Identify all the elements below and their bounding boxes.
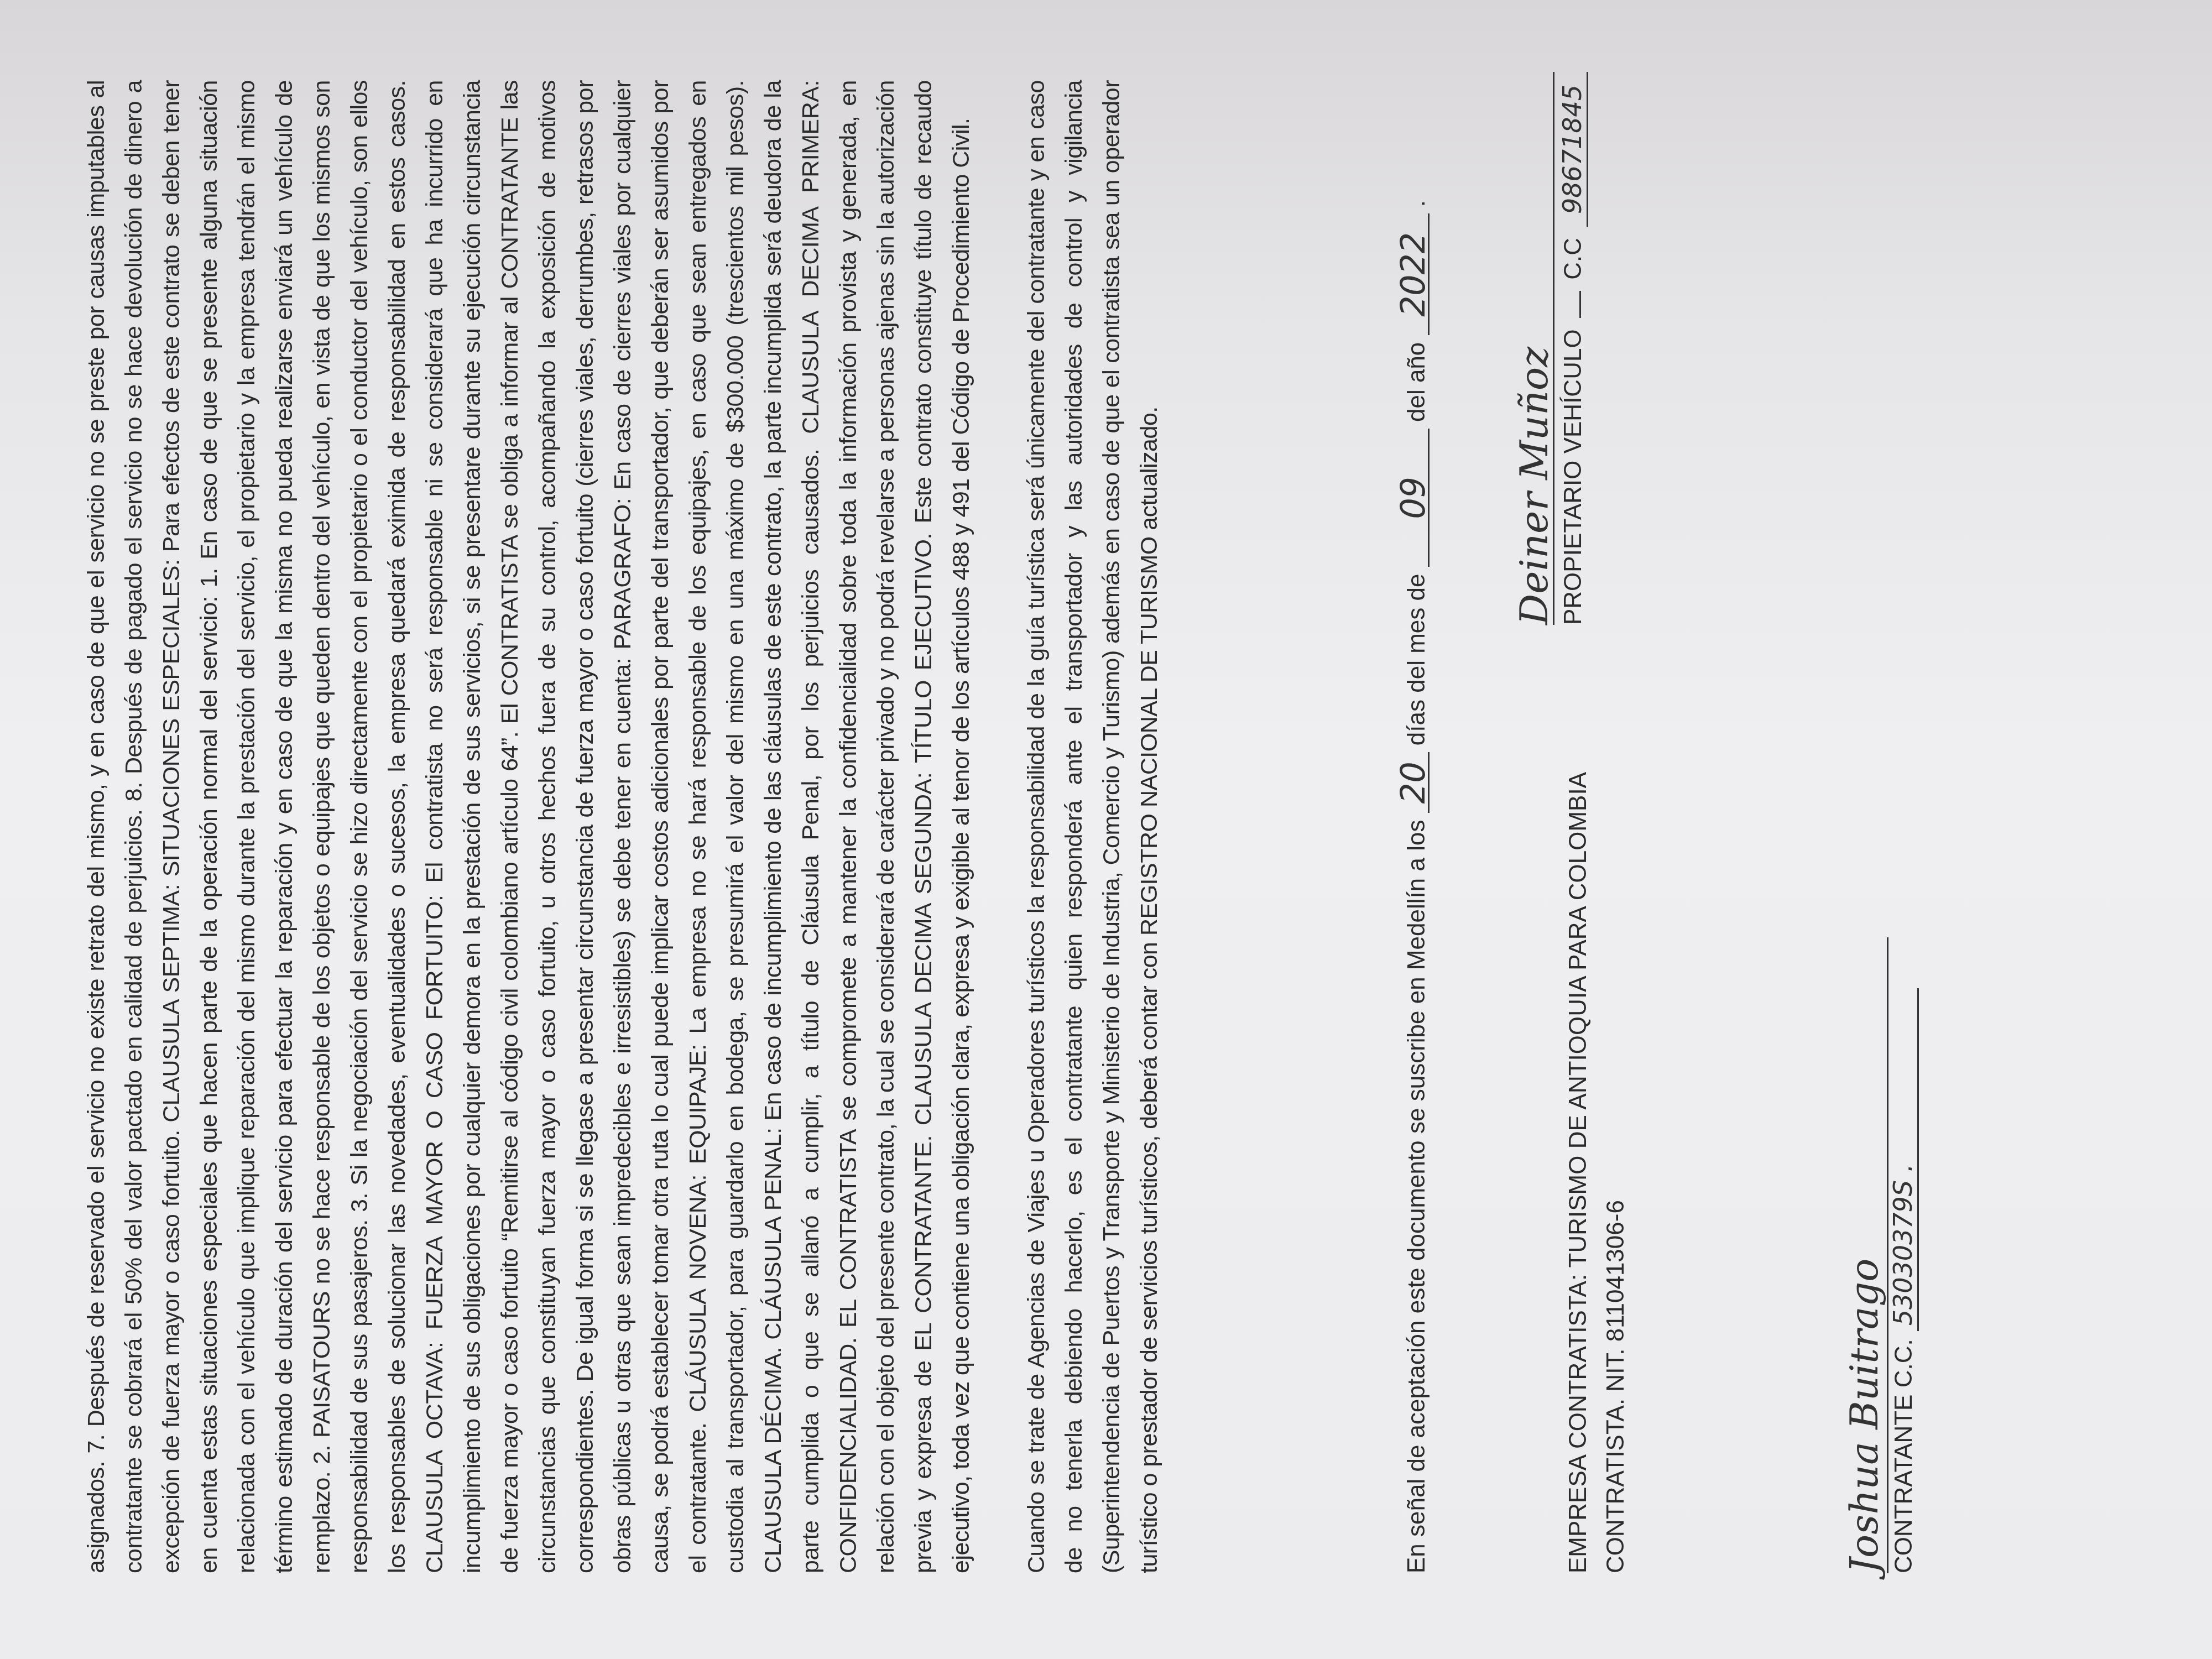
owner-label: PROPIETARIO VEHÍCULO — [1554, 329, 1592, 625]
company-nit: CONTRATISTA. NIT. 811041306-6 — [1597, 772, 1635, 1573]
month-field: 09 — [1399, 429, 1430, 567]
contratante-signature-line: CONTRATANTE C.C. 53030379S . — [1887, 937, 1919, 1573]
contratante-signature: Joshua Buitrago — [1841, 937, 1887, 1573]
owner-signature-block: Deiner Muñoz PROPIETARIO VEHÍCULO C.C 98… — [1515, 72, 1592, 625]
year-label: del año — [1403, 342, 1430, 422]
day-field: 20 — [1399, 752, 1430, 813]
tour-operator-paragraph: Cuando se trate de Agencias de Viajes u … — [1018, 80, 1168, 1573]
acceptance-suffix: . — [1403, 200, 1430, 207]
year-field: 2022 — [1399, 213, 1430, 335]
contratante-label: CONTRATANTE C.C. — [1890, 1339, 1918, 1573]
contract-body: asignados. 7. Después de reservado el se… — [77, 80, 1206, 1573]
acceptance-prefix: En señal de aceptación este documento se… — [1403, 820, 1430, 1573]
company-block: EMPRESA CONTRATISTA: TURISMO DE ANTIOQUI… — [1559, 772, 1635, 1573]
owner-signature-line: PROPIETARIO VEHÍCULO C.C 98671845 — [1553, 72, 1592, 625]
owner-cc-label: C.C — [1554, 238, 1592, 280]
owner-signature: Deiner Muñoz — [1515, 72, 1553, 625]
owner-blank — [1579, 291, 1581, 319]
acceptance-line: En señal de aceptación este documento se… — [1399, 80, 1431, 1573]
document-page: asignados. 7. Después de reservado el se… — [0, 0, 2212, 1659]
days-label: días del mes de — [1403, 574, 1430, 746]
contract-clauses: asignados. 7. Después de reservado el se… — [77, 80, 980, 1573]
contratante-signature-block: Joshua Buitrago CONTRATANTE C.C. 5303037… — [1841, 937, 1919, 1573]
contratante-cc-field: 53030379S . — [1888, 988, 1919, 1331]
company-name: EMPRESA CONTRATISTA: TURISMO DE ANTIOQUI… — [1559, 772, 1597, 1573]
owner-cc-field: 98671845 — [1558, 72, 1588, 227]
